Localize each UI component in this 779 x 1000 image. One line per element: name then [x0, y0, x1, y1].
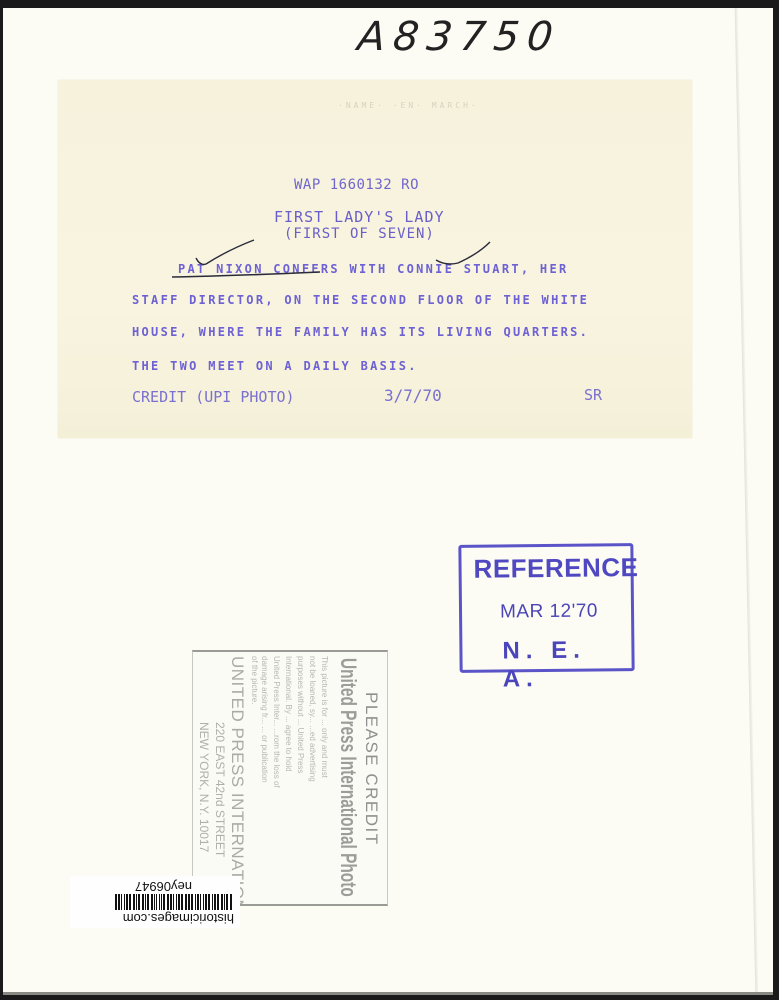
- upi-company-name: UNITED PRESS INTERNATIONAL, INC.: [227, 656, 247, 906]
- paper-edge-strip: [735, 8, 759, 995]
- upi-address-line-1: 220 EAST 42nd STREET: [213, 722, 227, 857]
- upi-address-line-2: NEW YORK, N.Y. 10017: [197, 722, 211, 852]
- reference-stamp-title: REFERENCE: [473, 552, 638, 585]
- upi-fine-print: not be loaned, sy... ...ed advertising: [308, 656, 317, 782]
- barcode-icon: [112, 894, 232, 910]
- pen-marks: [58, 80, 692, 438]
- upi-credit-stamp: PLEASE CREDIT United Press International…: [192, 650, 388, 906]
- upi-stamp-rotated-content: PLEASE CREDIT United Press International…: [193, 652, 387, 904]
- handwritten-archive-id: A83750: [356, 14, 563, 60]
- reference-stamp-date: MAR 12'70: [500, 600, 598, 623]
- underline-mark: [172, 272, 320, 277]
- checkmark-icon: [436, 242, 490, 264]
- upi-fine-print: International. By ... agree to hold: [284, 656, 293, 772]
- upi-please-credit: PLEASE CREDIT: [361, 692, 381, 846]
- upi-agency-name: United Press International Photo: [335, 658, 361, 897]
- caption-clipping: ·NAME· ·EN· MARCH· WAP 1660132 RO FIRST …: [58, 80, 692, 438]
- reference-stamp-org: N. E. A.: [502, 636, 632, 693]
- barcode-label: historicimages.com ney06947: [70, 876, 240, 928]
- paper-bottom-edge: [3, 992, 773, 995]
- upi-fine-print: of the picture.: [250, 656, 259, 704]
- checkmark-icon: [196, 240, 254, 264]
- upi-fine-print: purposes without ... United Press: [296, 656, 305, 773]
- upi-fine-print: This picture is for ... only and must: [320, 656, 329, 778]
- upi-fine-print: damage arising fr... ... or publication: [260, 656, 269, 783]
- reference-stamp: REFERENCE MAR 12'70 N. E. A.: [458, 543, 634, 673]
- barcode-item-id: ney06947: [135, 879, 192, 894]
- barcode-site: historicimages.com: [123, 911, 234, 926]
- upi-fine-print: United Press Inter... ...rom the loss of: [272, 656, 281, 788]
